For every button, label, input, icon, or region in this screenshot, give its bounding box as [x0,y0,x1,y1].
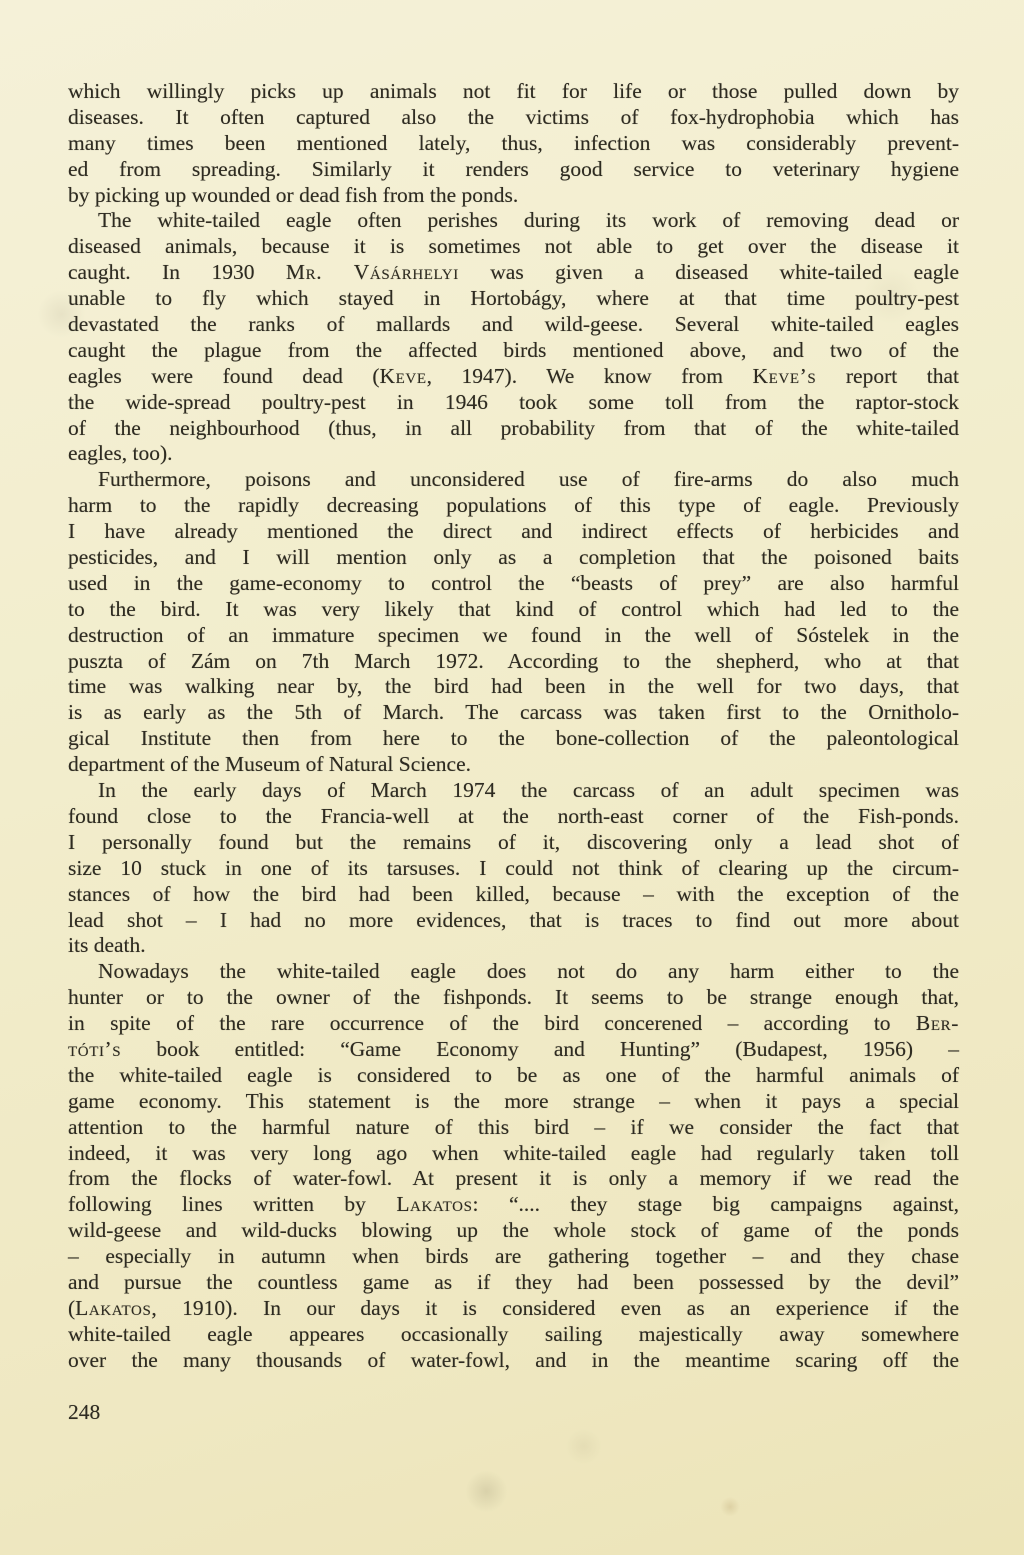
text-line: unable to fly which stayed in Hortobágy,… [68,286,959,312]
text-line: caught the plague from the affected bird… [68,338,959,364]
text-line: indeed, it was very long ago when white-… [68,1141,959,1167]
text-line: diseased animals, because it is sometime… [68,234,959,260]
text-segment: following lines written by [68,1192,396,1216]
text-segment: is as early as the 5th of March. The car… [68,700,959,724]
text-line: many times been mentioned lately, thus, … [68,131,959,157]
text-line: game economy. This statement is the more… [68,1089,959,1115]
text-line: puszta of Zám on 7th March 1972. Accordi… [68,649,959,675]
text-segment: used in the game-economy to control the … [68,571,959,595]
text-segment: was given a diseased white-tailed eagle [459,260,959,284]
text-segment: caught. In 1930 [68,260,286,284]
person-name: tóti’s [68,1037,121,1061]
text-segment: Furthermore, poisons and unconsidered us… [98,467,959,491]
text-segment: and pursue the countless game as if they… [68,1270,959,1294]
text-segment: unable to fly which stayed in Hortobágy,… [68,286,959,310]
text-segment: of the neighbourhood (thus, in all proba… [68,416,959,440]
text-segment: caught the plague from the affected bird… [68,338,959,362]
text-line: The white-tailed eagle often perishes du… [68,208,959,234]
text-line: size 10 stuck in one of its tarsuses. I … [68,856,959,882]
text-line: wild-geese and wild-ducks blowing up the… [68,1218,959,1244]
text-segment: size 10 stuck in one of its tarsuses. I … [68,856,959,880]
text-line: time was walking near by, the bird had b… [68,674,959,700]
text-segment: lead shot – I had no more evidences, tha… [68,908,959,932]
text-line: tóti’s book entitled: “Game Economy and … [68,1037,959,1063]
person-name: Keve’s [753,364,817,388]
text-segment: time was walking near by, the bird had b… [68,674,959,698]
text-line: by picking up wounded or dead fish from … [68,183,959,209]
text-line: attention to the harmful nature of this … [68,1115,959,1141]
text-line: gical Institute then from here to the bo… [68,726,959,752]
text-line: its death. [68,933,959,959]
page-text: which willingly picks up animals not fit… [68,79,959,1374]
text-line: from the flocks of water-fowl. At presen… [68,1166,959,1192]
text-segment: diseased animals, because it is sometime… [68,234,959,258]
text-line: ed from spreading. Similarly it renders … [68,157,959,183]
text-line: and pursue the countless game as if they… [68,1270,959,1296]
text-segment: destruction of an immature specimen we f… [68,623,959,647]
text-segment: – especially in autumn when birds are ga… [68,1244,959,1268]
text-segment: Nowadays the white-tailed eagle does not… [98,959,959,983]
text-segment: wild-geese and wild-ducks blowing up the… [68,1218,959,1242]
text-segment: in spite of the rare occurrence of the b… [68,1011,916,1035]
text-line: pesticides, and I will mention only as a… [68,545,959,571]
text-segment: the wide-spread poultry-pest in 1946 too… [68,390,959,414]
text-segment: to the bird. It was very likely that kin… [68,597,959,621]
text-segment: devastated the ranks of mallards and wil… [68,312,959,336]
text-line: of the neighbourhood (thus, in all proba… [68,416,959,442]
text-segment: over the many thousands of water-fowl, a… [68,1348,959,1372]
text-line: to the bird. It was very likely that kin… [68,597,959,623]
paragraph: Furthermore, poisons and unconsidered us… [68,467,959,778]
text-line: the wide-spread poultry-pest in 1946 too… [68,390,959,416]
scanned-book-page: which willingly picks up animals not fit… [0,0,1024,1555]
text-line: Nowadays the white-tailed eagle does not… [68,959,959,985]
text-segment: white-tailed eagle appeares occasionally… [68,1322,959,1346]
text-segment: book entitled: “Game Economy and Hunting… [121,1037,959,1061]
text-line: In the early days of March 1974 the carc… [68,778,959,804]
text-line: stances of how the bird had been killed,… [68,882,959,908]
text-line: department of the Museum of Natural Scie… [68,752,959,778]
text-line: eagles, too). [68,441,959,467]
text-line: I personally found but the remains of it… [68,830,959,856]
text-line: (Lakatos, 1910). In our days it is consi… [68,1296,959,1322]
text-line: found close to the Francia-well at the n… [68,804,959,830]
text-line: – especially in autumn when birds are ga… [68,1244,959,1270]
text-line: in spite of the rare occurrence of the b… [68,1011,959,1037]
text-line: used in the game-economy to control the … [68,571,959,597]
text-segment: harm to the rapidly decreasing populatio… [68,493,959,517]
person-name: Ber- [916,1011,959,1035]
text-segment: I personally found but the remains of it… [68,830,959,854]
text-segment: ed from spreading. Similarly it renders … [68,157,959,181]
text-segment: by picking up wounded or dead fish from … [68,183,518,207]
text-segment: In the early days of March 1974 the carc… [98,778,959,802]
paragraph: Nowadays the white-tailed eagle does not… [68,959,959,1373]
text-line: lead shot – I had no more evidences, tha… [68,908,959,934]
text-segment: many times been mentioned lately, thus, … [68,131,959,155]
text-segment: , 1910). In our days it is considered ev… [151,1296,959,1320]
text-line: devastated the ranks of mallards and wil… [68,312,959,338]
text-segment: report that [816,364,959,388]
text-line: is as early as the 5th of March. The car… [68,700,959,726]
text-segment: , 1947). We know from [427,364,753,388]
text-line: harm to the rapidly decreasing populatio… [68,493,959,519]
text-segment: attention to the harmful nature of this … [68,1115,959,1139]
text-segment: diseases. It often captured also the vic… [68,105,959,129]
text-line: following lines written by Lakatos: “...… [68,1192,959,1218]
person-name: Lakatos [396,1192,472,1216]
text-segment: game economy. This statement is the more… [68,1089,959,1113]
text-segment: indeed, it was very long ago when white-… [68,1141,959,1165]
text-segment: the white-tailed eagle is considered to … [68,1063,959,1087]
text-segment: eagles were found dead ( [68,364,380,388]
paragraph: The white-tailed eagle often perishes du… [68,208,959,467]
text-segment: its death. [68,933,146,957]
text-line: diseases. It often captured also the vic… [68,105,959,131]
text-segment: pesticides, and I will mention only as a… [68,545,959,569]
text-line: hunter or to the owner of the fishponds.… [68,985,959,1011]
text-segment: : “.... they stage big campaigns against… [473,1192,959,1216]
text-line: the white-tailed eagle is considered to … [68,1063,959,1089]
text-segment: stances of how the bird had been killed,… [68,882,959,906]
person-name: Lakatos [75,1296,151,1320]
page-number: 248 [68,1400,100,1426]
paragraph: In the early days of March 1974 the carc… [68,778,959,959]
text-line: over the many thousands of water-fowl, a… [68,1348,959,1374]
text-line: destruction of an immature specimen we f… [68,623,959,649]
text-segment: found close to the Francia-well at the n… [68,804,959,828]
text-segment: I have already mentioned the direct and … [68,519,959,543]
text-segment: The white-tailed eagle often perishes du… [98,208,959,232]
text-segment: which willingly picks up animals not fit… [68,79,959,103]
text-line: I have already mentioned the direct and … [68,519,959,545]
person-name: Mr. Vásárhelyi [286,260,459,284]
paragraph: which willingly picks up animals not fit… [68,79,959,208]
text-segment: department of the Museum of Natural Scie… [68,752,471,776]
text-line: eagles were found dead (Keve, 1947). We … [68,364,959,390]
text-line: white-tailed eagle appeares occasionally… [68,1322,959,1348]
text-line: caught. In 1930 Mr. Vásárhelyi was given… [68,260,959,286]
text-segment: hunter or to the owner of the fishponds.… [68,985,959,1009]
text-line: which willingly picks up animals not fit… [68,79,959,105]
text-segment: from the flocks of water-fowl. At presen… [68,1166,959,1190]
text-segment: puszta of Zám on 7th March 1972. Accordi… [68,649,959,673]
person-name: Keve [380,364,427,388]
text-line: Furthermore, poisons and unconsidered us… [68,467,959,493]
text-segment: eagles, too). [68,441,172,465]
text-segment: gical Institute then from here to the bo… [68,726,959,750]
